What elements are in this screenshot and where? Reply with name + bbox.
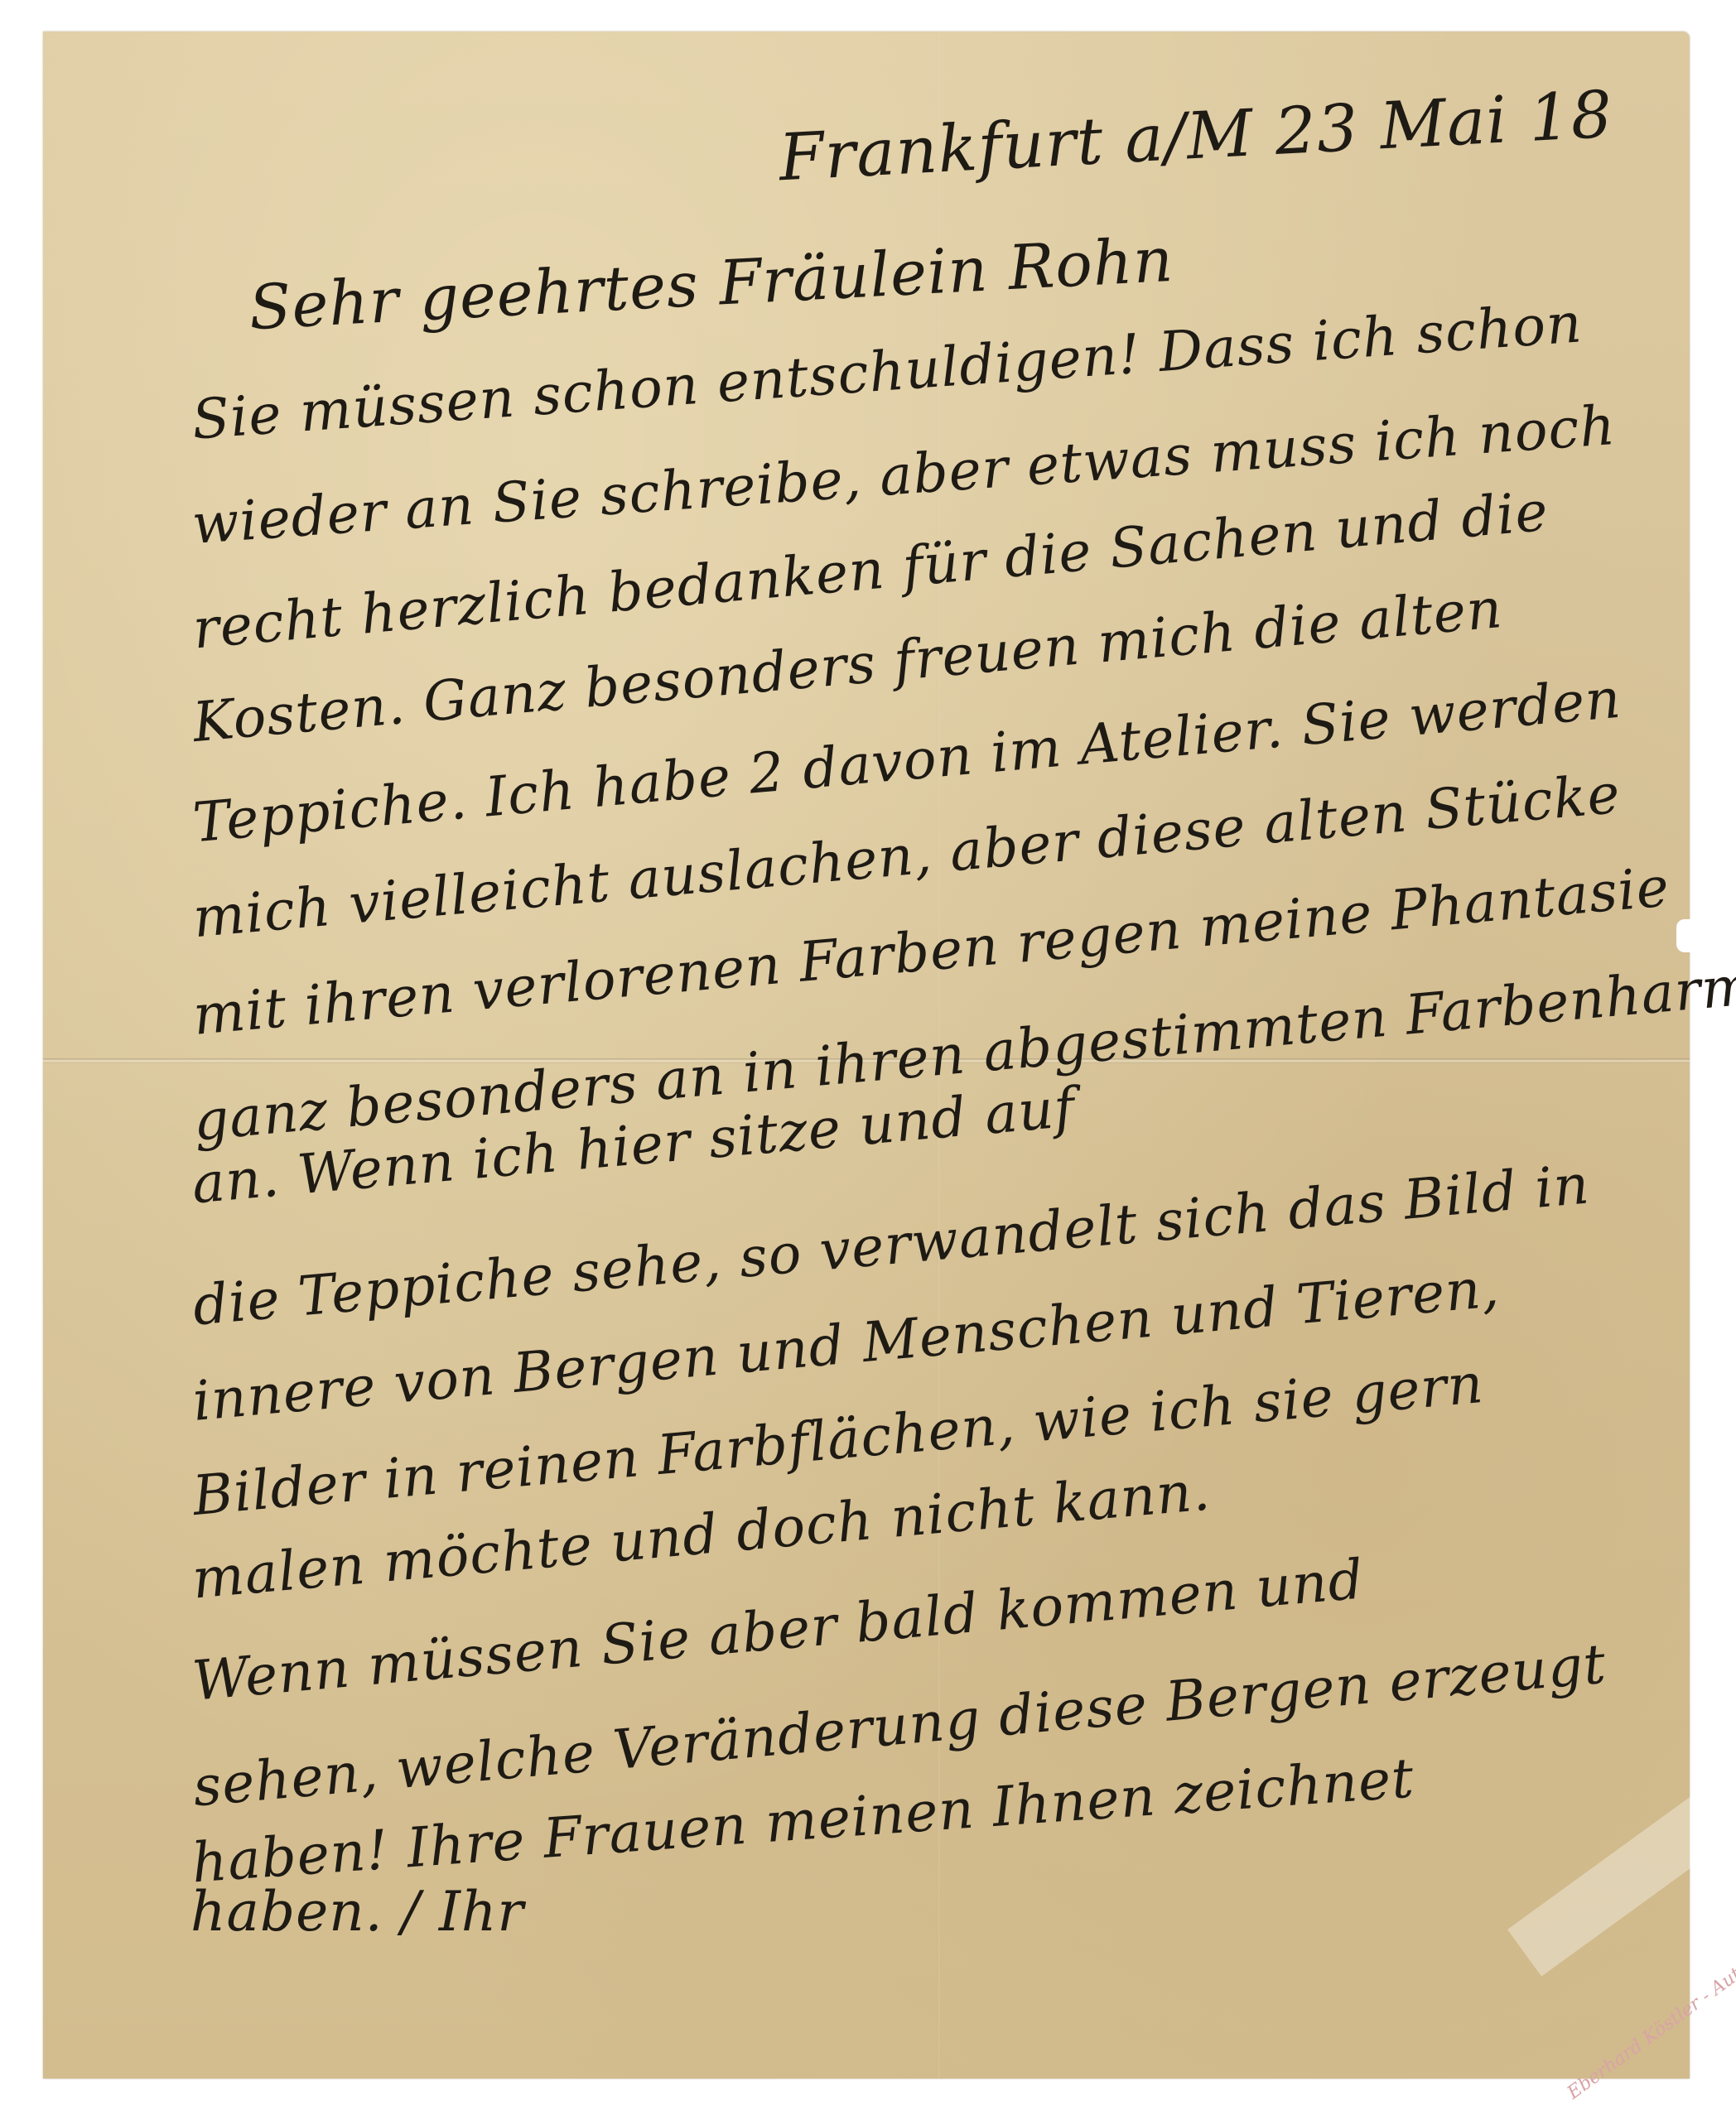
closing-signature: haben. / Ihr [190,1880,524,1944]
edge-notch [1676,919,1691,952]
